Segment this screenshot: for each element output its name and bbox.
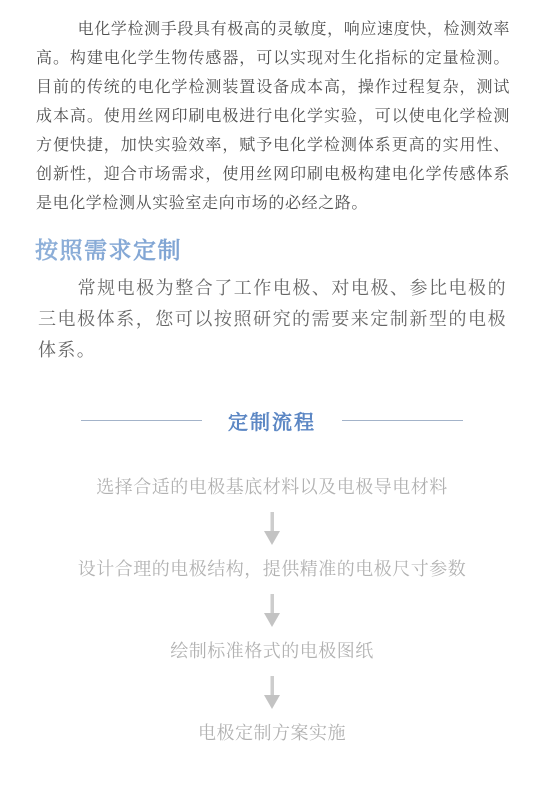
flow-step-4: 电极定制方案实施 — [0, 719, 544, 745]
flow-title-right-line — [342, 420, 463, 421]
flow-title-row: 定制流程 — [0, 406, 544, 435]
page: 电化学检测手段具有极高的灵敏度，响应速度快，检测效率高。构建电化学生物传感器，可… — [0, 0, 544, 800]
down-arrow-icon — [260, 594, 284, 628]
flow-title: 定制流程 — [228, 406, 316, 435]
flow-step-2: 设计合理的电极结构，提供精准的电极尺寸参数 — [0, 555, 544, 581]
intro-paragraph: 电化学检测手段具有极高的灵敏度，响应速度快，检测效率高。构建电化学生物传感器，可… — [36, 15, 510, 218]
flow-title-left-line — [81, 420, 202, 421]
flow-step-1: 选择合适的电极基底材料以及电极导电材料 — [0, 473, 544, 499]
section-heading: 按照需求定制 — [35, 232, 544, 265]
flow-step-3: 绘制标准格式的电极图纸 — [0, 637, 544, 663]
flow-diagram: 定制流程 选择合适的电极基底材料以及电极导电材料 设计合理的电极结构，提供精准的… — [0, 406, 544, 745]
section-paragraph: 常规电极为整合了工作电极、对电极、参比电极的三电极体系，您可以按照研究的需要来定… — [38, 273, 507, 366]
down-arrow-icon — [260, 676, 284, 710]
down-arrow-icon — [260, 512, 284, 546]
